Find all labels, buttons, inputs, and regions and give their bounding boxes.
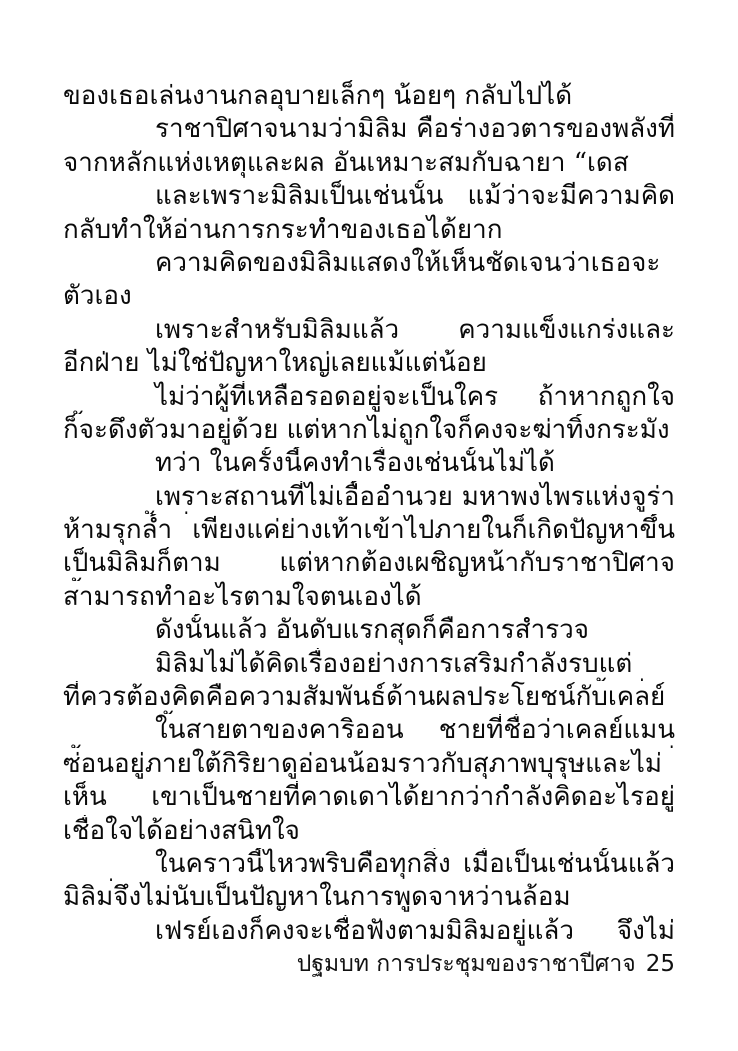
text-line: เฟรย์เองก็คงจะเชื่อฟังตามมิลิมอยู่แล้ว จ…: [63, 915, 675, 948]
text-line: สามารถทำอะไรตามใจตนเองได้: [63, 581, 675, 614]
body-text: ของเธอเล่นงานกลอุบายเล็กๆ น้อยๆ กลับไปได…: [63, 80, 675, 948]
text-line: เพราะสถานที่ไม่เอื้ออำนวย มหาพงไพรแห่งจู…: [63, 481, 675, 514]
text-line: ราชาปิศาจนามว่ามิลิม คือร่างอวตารของพลัง…: [63, 113, 675, 146]
text-line: ก็จะดึงตัวมาอยู่ด้วย แต่หากไม่ถูกใจก็คงจ…: [63, 414, 675, 447]
text-line: ห้ามรุกล้ำ เพียงแค่ย่างเท้าเข้าไปภายในก็…: [63, 514, 675, 547]
text-line: เพราะสำหรับมิลิมแล้ว ความแข็งแกร่งและควา…: [63, 314, 675, 347]
text-line: เชื่อใจได้อย่างสนิทใจ: [63, 815, 675, 848]
text-line: เห็น เขาเป็นชายที่คาดเดาได้ยากว่ากำลังคิ…: [63, 781, 675, 814]
text-line: ความคิดของมิลิมแสดงให้เห็นชัดเจนว่าเธอจะ…: [63, 247, 675, 280]
chapter-title: ปฐมบท การประชุมของราชาปีศาจ: [297, 951, 636, 977]
text-line: ที่ควรต้องคิดคือความสัมพันธ์ด้านผลประโยช…: [63, 681, 675, 714]
text-line: เป็นมิลิมก็ตาม แต่หากต้องเผชิญหน้ากับราช…: [63, 547, 675, 580]
text-line: และเพราะมิลิมเป็นเช่นนั้น แม้ว่าจะมีความ…: [63, 180, 675, 213]
text-line: ในคราวนี้ไหวพริบคือทุกสิ่ง เมื่อเป็นเช่น…: [63, 848, 675, 881]
text-line: มิลิมจึงไม่นับเป็นปัญหาในการพูดจาหว่านล้…: [63, 881, 675, 914]
page-footer: ปฐมบท การประชุมของราชาปีศาจ25: [63, 949, 675, 979]
text-line: ทว่า ในครั้งนี้คงทำเรื่องเช่นนั้นไม่ได้: [63, 447, 675, 480]
text-line: กลับทำให้อ่านการกระทำของเธอได้ยาก: [63, 214, 675, 247]
text-line: จากหลักแห่งเหตุและผล อันเหมาะสมกับฉายา “…: [63, 147, 675, 180]
text-line: ของเธอเล่นงานกลอุบายเล็กๆ น้อยๆ กลับไปได…: [63, 80, 675, 113]
text-line: อีกฝ่าย ไม่ใช่ปัญหาใหญ่เลยแม้แต่น้อย: [63, 347, 675, 380]
book-page: ของเธอเล่นงานกลอุบายเล็กๆ น้อยๆ กลับไปได…: [0, 0, 738, 1051]
page-number: 25: [646, 951, 675, 977]
text-line: ซ่อนอยู่ภายใต้กิริยาดูอ่อนน้อมราวกับสุภา…: [63, 748, 675, 781]
text-line: ไม่ว่าผู้ที่เหลือรอดอยู่จะเป็นใคร ถ้าหาก…: [63, 381, 675, 414]
text-line: มิลิมไม่ได้คิดเรื่องอย่างการเสริมกำลังรบ…: [63, 648, 675, 681]
text-line: ดังนั้นแล้ว อันดับแรกสุดก็คือการสำรวจ: [63, 614, 675, 647]
text-line: ตัวเอง: [63, 280, 675, 313]
text-line: ในสายตาของคาริออน ชายที่ชื่อว่าเคลย์แมนน…: [63, 714, 675, 747]
